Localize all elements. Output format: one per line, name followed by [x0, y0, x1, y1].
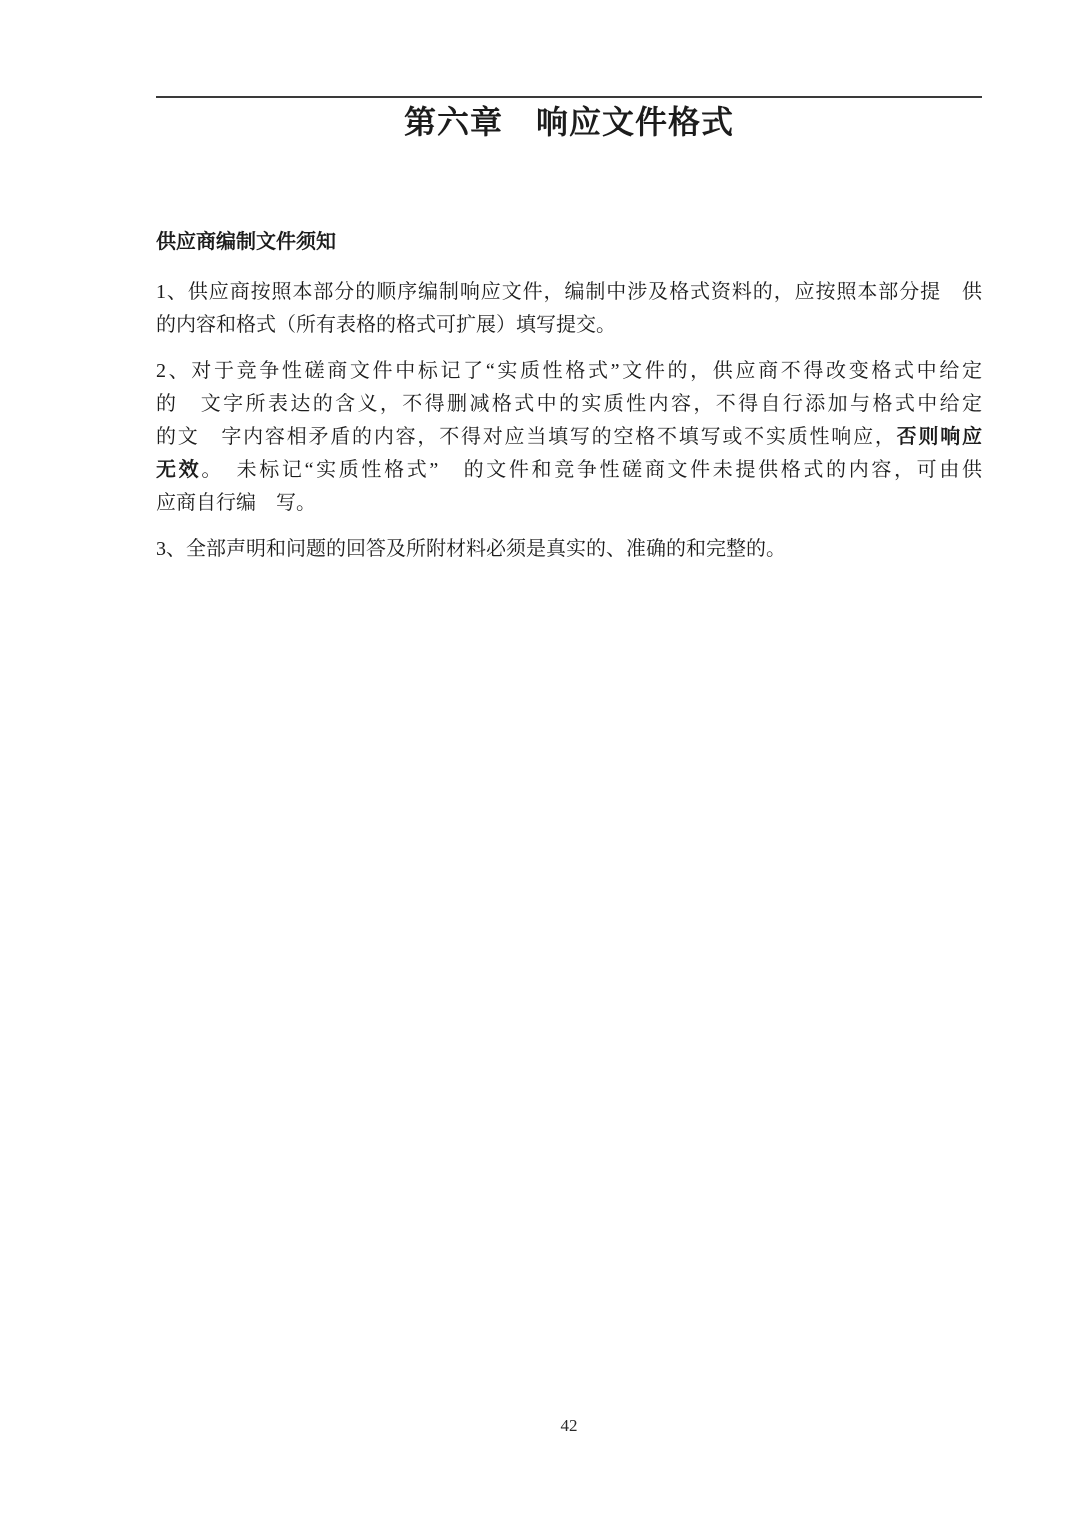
- header-rule: [156, 96, 982, 98]
- text-line: 的内容和格式（所有表格的格式可扩展）填写提交。: [156, 309, 982, 342]
- bold-text-segment: 无效: [156, 459, 201, 481]
- text-line: 无效。 未标记“实质性格式” 的文件和竞争性磋商文件未提供格式的内容，可由供: [156, 454, 982, 487]
- chapter-title: 第六章 响应文件格式: [156, 100, 982, 144]
- bold-text-segment: 否则响应: [897, 426, 982, 448]
- text-line: 的 文字所表达的含义，不得删减格式中的实质性内容，不得自行添加与格式中给定: [156, 388, 982, 421]
- paragraph-3: 3、全部声明和问题的回答及所附材料必须是真实的、准确的和完整的。: [156, 533, 982, 566]
- paragraph-2: 2、对于竞争性磋商文件中标记了“实质性格式”文件的，供应商不得改变格式中给定 的…: [156, 355, 982, 520]
- document-page: 第六章 响应文件格式 供应商编制文件须知 1、供应商按照本部分的顺序编制响应文件…: [0, 0, 1080, 1527]
- page-number: 42: [156, 1416, 982, 1436]
- text-line: 应商自行编 写。: [156, 487, 982, 520]
- text-line: 3、全部声明和问题的回答及所附材料必须是真实的、准确的和完整的。: [156, 533, 982, 566]
- text-segment: 。 未标记“实质性格式” 的文件和竞争性磋商文件未提供格式的内容，可由供: [201, 459, 982, 481]
- text-line: 2、对于竞争性磋商文件中标记了“实质性格式”文件的，供应商不得改变格式中给定: [156, 355, 982, 388]
- text-line: 的文 字内容相矛盾的内容，不得对应当填写的空格不填写或不实质性响应，否则响应: [156, 421, 982, 454]
- page-content: 第六章 响应文件格式 供应商编制文件须知 1、供应商按照本部分的顺序编制响应文件…: [156, 96, 982, 579]
- text-line: 1、供应商按照本部分的顺序编制响应文件，编制中涉及格式资料的，应按照本部分提 供: [156, 276, 982, 309]
- notice-heading: 供应商编制文件须知: [156, 226, 982, 259]
- text-segment: 的文 字内容相矛盾的内容，不得对应当填写的空格不填写或不实质性响应，: [156, 426, 897, 448]
- paragraph-1: 1、供应商按照本部分的顺序编制响应文件，编制中涉及格式资料的，应按照本部分提 供…: [156, 276, 982, 342]
